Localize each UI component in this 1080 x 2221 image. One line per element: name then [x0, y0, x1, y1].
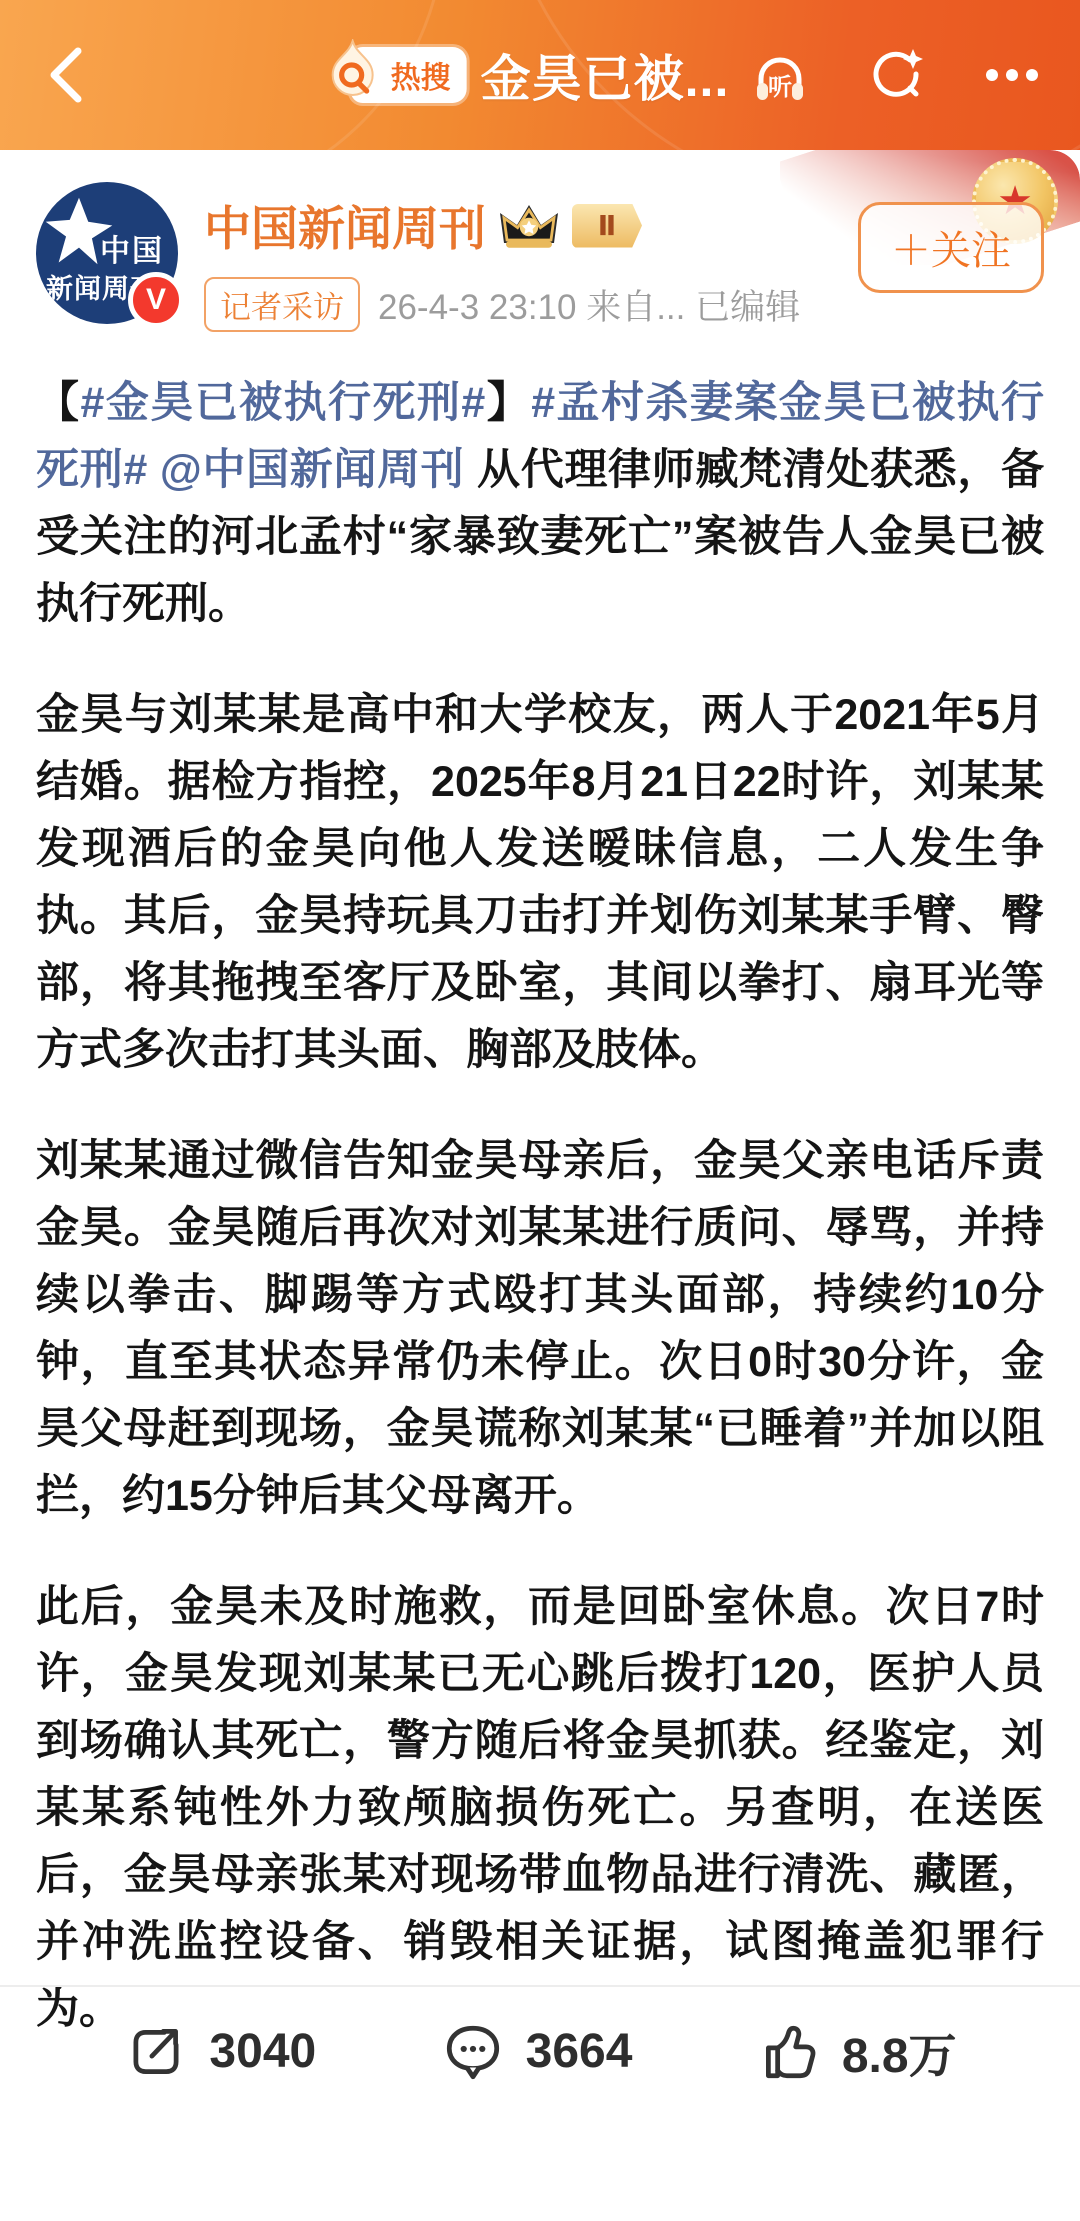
post-text: 【#金昊已被执行死刑#】#孟村杀妻案金昊已被执行死刑# @中国新闻周刊 从代理律… [0, 332, 1080, 2043]
comment-button[interactable]: 3664 [440, 2017, 633, 2086]
plain-text: 】 [485, 379, 531, 427]
like-count: 8.8万 [842, 2017, 957, 2086]
hashtag-link[interactable]: #金昊已被执行死刑# [80, 379, 485, 427]
action-bar: 3040 3664 8.8万 [0, 1985, 1080, 2086]
back-button[interactable] [36, 45, 96, 105]
avatar-text-line1: 中国 [100, 226, 164, 270]
username[interactable]: 中国新闻周刊 [204, 192, 486, 259]
svg-text:听: 听 [768, 73, 792, 101]
share-count: 3040 [209, 2024, 316, 2079]
more-icon [980, 43, 1044, 107]
post-card: ★ 中国 新闻周刊 V 中国新闻周刊 [0, 150, 1080, 2221]
share-button[interactable]: 3040 [123, 2017, 316, 2086]
plain-text: 金昊与刘某某是高中和大学校友，两人于2021年5月结婚。据检方指控，2025年8… [36, 691, 1044, 1074]
hot-search-badge[interactable]: 热搜 [351, 47, 467, 103]
verified-v-badge: V [128, 272, 184, 328]
post-paragraph: 刘某某通过微信告知金昊母亲后，金昊父亲电话斥责金昊。金昊随后再次对刘某某进行质问… [36, 1128, 1044, 1530]
mention-link[interactable]: @中国新闻周刊 [147, 446, 477, 494]
smart-refresh-button[interactable] [864, 43, 928, 107]
more-button[interactable] [980, 43, 1044, 107]
smart-refresh-icon [864, 43, 928, 107]
page-title: 金昊已被... [481, 39, 730, 111]
comment-count: 3664 [526, 2024, 633, 2079]
plain-text: 【 [36, 379, 80, 427]
plain-text: 此后，金昊未及时施救，而是回卧室休息。次日7时许，金昊发现刘某某已无心跳后拨打1… [36, 1583, 1044, 2033]
back-icon [44, 45, 88, 105]
comment-icon [440, 2019, 506, 2085]
header-title-group: 热搜 金昊已被... [351, 39, 730, 111]
share-icon [123, 2019, 189, 2085]
post-paragraph: 【#金昊已被执行死刑#】#孟村杀妻案金昊已被执行死刑# @中国新闻周刊 从代理律… [36, 370, 1044, 638]
plain-text: 刘某某通过微信告知金昊母亲后，金昊父亲电话斥责金昊。金昊随后再次对刘某某进行质问… [36, 1137, 1044, 1520]
post-paragraph: 此后，金昊未及时施救，而是回卧室休息。次日7时许，金昊发现刘某某已无心跳后拨打1… [36, 1574, 1044, 2043]
header-actions: 听 [748, 43, 1044, 107]
listen-button[interactable]: 听 [748, 43, 812, 107]
profile-info: 中国新闻周刊 Ⅱ 记者采访 26-4-3 23:10 来自... 已编辑 [204, 182, 800, 332]
listen-headphones-icon: 听 [748, 43, 812, 107]
top-navigation-bar: 热搜 金昊已被... 听 [0, 0, 1080, 150]
like-button[interactable]: 8.8万 [756, 2017, 957, 2086]
reporter-tag: 记者采访 [204, 277, 360, 332]
avatar[interactable]: 中国 新闻周刊 V [36, 182, 178, 324]
vip-level-badge: Ⅱ [572, 204, 642, 248]
like-icon [756, 2019, 822, 2085]
crown-badge-icon [498, 201, 560, 251]
follow-button[interactable]: ＋关注 [858, 202, 1044, 293]
hot-search-flame-icon [325, 39, 383, 105]
post-meta: 26-4-3 23:10 来自... 已编辑 [378, 280, 800, 330]
post-paragraph: 金昊与刘某某是高中和大学校友，两人于2021年5月结婚。据检方指控，2025年8… [36, 682, 1044, 1084]
